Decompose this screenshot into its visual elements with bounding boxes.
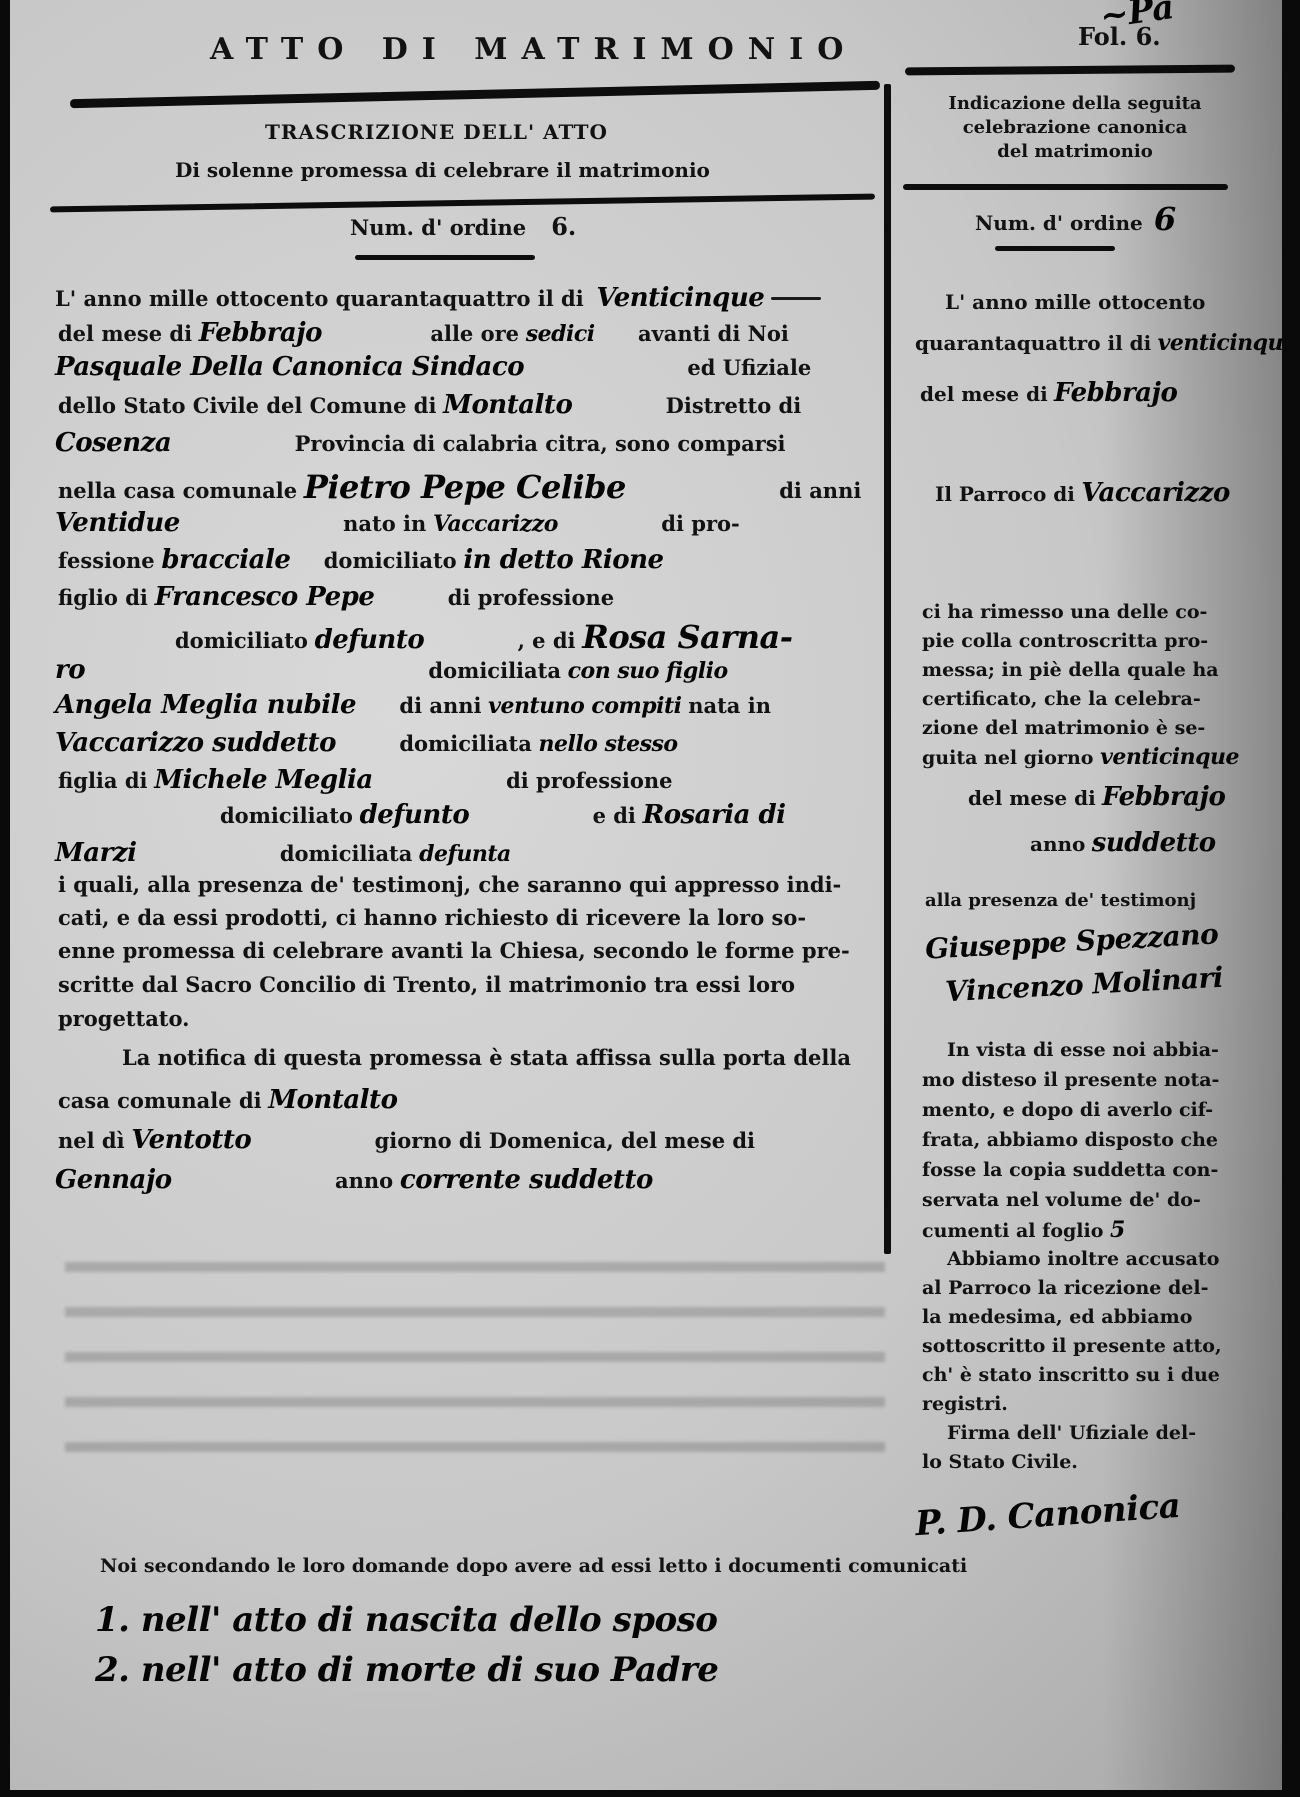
right-para2-last: cumenti al foglio 5	[922, 1215, 1219, 1246]
text-on-day: nel dì	[58, 1128, 125, 1153]
text-age-label-2: di anni	[399, 693, 481, 718]
right-para2-line: mento, e dopo di averlo cif-	[922, 1095, 1219, 1125]
right-heading: Indicazione della seguita celebrazione c…	[915, 92, 1235, 164]
text-age-label: di anni	[779, 478, 861, 503]
right-order-underline	[995, 246, 1115, 251]
right-line-2: quarantaquattro il di venticinque	[915, 330, 1282, 356]
right-para3-line: lo Stato Civile.	[922, 1448, 1222, 1477]
footer-hand-line-1: 1. nell' atto di nascita dello sposo	[95, 1600, 718, 1640]
left-heading: TRASCRIZIONE DELL' ATTO	[265, 120, 608, 144]
hand-mother-domicile: con suo figlio	[568, 658, 728, 684]
text-profession-cont: fessione	[58, 548, 155, 573]
right-hand-parish: Vaccarizzo	[1081, 478, 1230, 508]
right-para2-line: In vista di esse noi abbia-	[922, 1035, 1219, 1065]
witness-signature-2: Vincenzo Molinari	[944, 961, 1223, 1009]
text-daughter-of: figlia di	[58, 768, 148, 793]
text-town-hall-of: casa comunale di	[58, 1088, 262, 1113]
right-paragraph-3: Abbiamo inoltre accusato al Parroco la r…	[922, 1245, 1222, 1477]
text-province: Provincia di calabria citra, sono compar…	[295, 431, 786, 456]
hand-groom-name: Pietro Pepe Celibe	[304, 468, 626, 506]
hand-groom-birthplace: Vaccarizzo	[433, 511, 558, 537]
text-domiciled-4: domiciliata	[399, 731, 532, 756]
line-4: dello Stato Civile del Comune di Montalt…	[58, 390, 801, 420]
text-year-label: anno	[335, 1168, 393, 1193]
right-para3-line: ch' è stato inscritto su i due	[922, 1361, 1222, 1390]
text-district-label: Distretto di	[666, 393, 802, 418]
text-and-of-2: e di	[593, 803, 636, 828]
right-para3-line: la medesima, ed abbiamo	[922, 1303, 1222, 1332]
hand-groom-mother: Rosa Sarna-	[582, 618, 792, 656]
right-text-day-label: guita nel giorno	[922, 747, 1093, 769]
line-5: Cosenza Provincia di calabria citra, son…	[55, 428, 786, 458]
order-underline	[355, 255, 535, 260]
text-profession-label-2: di professione	[448, 585, 614, 610]
right-text-folio-label: cumenti al foglio	[922, 1220, 1103, 1242]
right-heading-rule	[903, 184, 1228, 190]
left-heading-rule	[50, 194, 875, 213]
right-paragraph-2: In vista di esse noi abbia- mo disteso i…	[922, 1035, 1219, 1246]
text-town-hall: nella casa comunale	[58, 478, 297, 503]
right-para3-line: al Parroco la ricezione del-	[922, 1274, 1222, 1303]
hand-bride-domicile: nello stesso	[539, 731, 678, 757]
hand-notice-year: corrente suddetto	[400, 1165, 653, 1195]
right-heading-line-2: celebrazione canonica	[915, 116, 1235, 140]
line-10: domiciliato defunto , e di Rosa Sarna-	[175, 618, 793, 656]
document-title: ATTO DI MATRIMONIO	[210, 32, 857, 67]
hand-bride-mother-deceased: defunta	[419, 841, 511, 867]
right-para1-line: messa; in piè della quale ha	[922, 656, 1239, 685]
hand-commune: Montalto	[443, 390, 572, 420]
hand-mother-cont: ro	[55, 655, 85, 685]
text-before-us: avanti di Noi	[638, 321, 789, 346]
footer-hand-line-2: 2. nell' atto di morte di suo Padre	[95, 1650, 718, 1690]
para-line-2: cati, e da essi prodotti, ci hanno richi…	[58, 905, 806, 930]
line-15: domiciliato defunto e di Rosaria di	[220, 800, 786, 830]
notice-line-2: casa comunale di Montalto	[58, 1085, 397, 1115]
right-para1-line: pie colla controscritta pro-	[922, 627, 1239, 656]
hand-notice-commune: Montalto	[268, 1085, 397, 1115]
line-12: Angela Meglia nubile di anni ventuno com…	[55, 690, 771, 720]
notice-line-4: Gennajo anno corrente suddetto	[55, 1165, 653, 1195]
order-label: Num. d' ordine	[350, 215, 526, 240]
hand-officer-name: Pasquale Della Canonica Sindaco	[55, 352, 524, 382]
right-para3-line: Abbiamo inoltre accusato	[922, 1245, 1222, 1274]
left-order-number: Num. d' ordine 6.	[350, 212, 576, 241]
right-para3-line: registri.	[922, 1390, 1222, 1419]
hand-bride-name: Angela Meglia nubile	[55, 690, 356, 720]
right-hand-day: venticinque	[1158, 330, 1282, 356]
hand-notice-month: Gennajo	[55, 1165, 172, 1195]
hand-groom-profession: bracciale	[161, 545, 290, 575]
hand-bride-mother: Rosaria di	[643, 800, 786, 830]
right-hand-folio: 5	[1110, 1217, 1125, 1243]
hand-day: Venticinque	[596, 283, 764, 313]
column-divider	[884, 84, 891, 1254]
right-year-line: anno suddetto	[1030, 828, 1216, 858]
hand-bride-father: Michele Meglia	[154, 765, 373, 795]
text-profession-label: di pro-	[661, 511, 739, 536]
text-born-in: nato in	[343, 511, 426, 536]
right-order-value: 6	[1154, 200, 1176, 238]
right-heading-line-1: Indicazione della seguita	[915, 92, 1235, 116]
line-2: del mese di Febbrajo alle ore sedici ava…	[58, 318, 789, 348]
right-para3-line: sottoscritto il presente atto,	[922, 1332, 1222, 1361]
hand-district: Cosenza	[55, 428, 171, 458]
right-paragraph-1: ci ha rimesso una delle co- pie colla co…	[922, 598, 1239, 773]
hand-hour: sedici	[526, 321, 595, 347]
right-text-month-2: del mese di	[968, 786, 1096, 810]
text-sunday-month: giorno di Domenica, del mese di	[375, 1128, 755, 1153]
right-hand-day-2: venticinque	[1100, 744, 1239, 770]
right-para2-line: frata, abbiamo disposto che	[922, 1125, 1219, 1155]
text-commune-label: dello Stato Civile del Comune di	[58, 393, 436, 418]
para-line-1: i quali, alla presenza de' testimonj, ch…	[58, 872, 841, 897]
right-order-number: Num. d' ordine 6	[975, 200, 1176, 238]
line-11: ro domiciliata con suo figlio	[55, 655, 728, 685]
text-domiciled-5: domiciliato	[220, 803, 353, 828]
witness-signature-1: Giuseppe Spezzano	[924, 917, 1219, 965]
title-rule-right	[905, 65, 1235, 76]
right-line-4: Il Parroco di Vaccarizzo	[935, 478, 1230, 508]
right-hand-month-2: Febbrajo	[1102, 782, 1225, 812]
bleed-through-text	[65, 1240, 885, 1470]
right-para1-last: guita nel giorno venticinque	[922, 743, 1239, 773]
officer-signature: P. D. Canonica	[914, 1486, 1182, 1544]
hand-bride-father-deceased: defunto	[360, 800, 470, 830]
hand-groom-father: Francesco Pepe	[155, 582, 375, 612]
right-para2-line: servata nel volume de' do-	[922, 1185, 1219, 1215]
hand-groom-age: Ventidue	[55, 508, 180, 538]
text-officer-title: ed Ufiziale	[687, 355, 811, 380]
line-13: Vaccarizzo suddetto domiciliata nello st…	[55, 728, 678, 758]
title-rule-left	[70, 81, 880, 108]
text-son-of: figlio di	[58, 585, 148, 610]
hand-bride-age: ventuno compiti	[488, 693, 681, 719]
text-domiciled-3: domiciliata	[428, 658, 561, 683]
text-month-label: del mese di	[58, 321, 192, 346]
right-text-month: del mese di	[920, 382, 1048, 406]
right-text-year-2: anno	[1030, 832, 1085, 856]
hand-bride-mother-cont: Marzi	[55, 838, 136, 868]
line-8: fessione bracciale domiciliato in detto …	[58, 545, 664, 575]
hand-bride-birthplace: Vaccarizzo suddetto	[55, 728, 336, 758]
right-para2-line: mo disteso il presente nota-	[922, 1065, 1219, 1095]
line-1: L' anno mille ottocento quarantaquattro …	[55, 283, 821, 313]
right-para3-line: Firma dell' Ufiziale del-	[922, 1419, 1222, 1448]
para-line-5: progettato.	[58, 1006, 189, 1031]
right-hand-month: Febbrajo	[1054, 378, 1177, 408]
order-value: 6.	[551, 212, 576, 241]
hand-father-deceased: defunto	[315, 625, 425, 655]
text-profession-label-3: di professione	[506, 768, 672, 793]
text-domiciled-2: domiciliato	[175, 628, 308, 653]
text-domiciled: domiciliato	[324, 548, 457, 573]
line-3: Pasquale Della Canonica Sindaco ed Ufizi…	[55, 352, 811, 382]
hand-groom-domicile: in detto Rione	[463, 545, 663, 575]
corner-mark: ~Pa	[1098, 0, 1177, 37]
right-line-3: del mese di Febbrajo	[920, 378, 1177, 408]
right-month-line: del mese di Febbrajo	[968, 782, 1225, 812]
line-7: Ventidue nato in Vaccarizzo di pro-	[55, 508, 740, 538]
hand-notice-day: Ventotto	[131, 1125, 251, 1155]
line-16: Marzi domiciliata defunta	[55, 838, 511, 868]
line-9: figlio di Francesco Pepe di professione	[58, 582, 614, 612]
text-year: L' anno mille ottocento quarantaquattro …	[55, 286, 584, 311]
line-6: nella casa comunale Pietro Pepe Celibe d…	[58, 468, 861, 506]
right-para1-line: ci ha rimesso una delle co-	[922, 598, 1239, 627]
right-para1-line: zione del matrimonio è se-	[922, 714, 1239, 743]
right-witness-label: alla presenza de' testimonj	[925, 890, 1196, 911]
right-text-parish-priest: Il Parroco di	[935, 482, 1075, 506]
marriage-record-page: ATTO DI MATRIMONIO Fol. 6. ~Pa TRASCRIZI…	[10, 0, 1282, 1790]
right-para2-line: fosse la copia suddetta con-	[922, 1155, 1219, 1185]
text-domiciled-6: domiciliata	[280, 841, 413, 866]
footer-print-line: Noi secondando le loro domande dopo aver…	[100, 1555, 967, 1577]
para-line-3: enne promessa di celebrare avanti la Chi…	[58, 938, 850, 963]
right-para1-line: certificato, che la celebra-	[922, 685, 1239, 714]
text-born-in-2: nata in	[688, 693, 771, 718]
right-text-year: quarantaquattro il di	[915, 331, 1151, 355]
para-line-4: scritte dal Sacro Concilio di Trento, il…	[58, 972, 795, 997]
hand-month: Febbrajo	[199, 318, 322, 348]
right-heading-line-3: del matrimonio	[915, 140, 1235, 164]
right-line-1: L' anno mille ottocento	[945, 290, 1205, 314]
right-order-label: Num. d' ordine	[975, 211, 1143, 235]
notice-line-3: nel dì Ventotto giorno di Domenica, del …	[58, 1125, 755, 1155]
text-hour-label: alle ore	[430, 321, 519, 346]
line-14: figlia di Michele Meglia di professione	[58, 765, 672, 795]
text-and-of: , e di	[518, 628, 576, 653]
notice-line-1: La notifica di questa promessa è stata a…	[122, 1045, 851, 1070]
right-hand-year: suddetto	[1092, 828, 1216, 858]
left-subheading: Di solenne promessa di celebrare il matr…	[175, 158, 710, 182]
